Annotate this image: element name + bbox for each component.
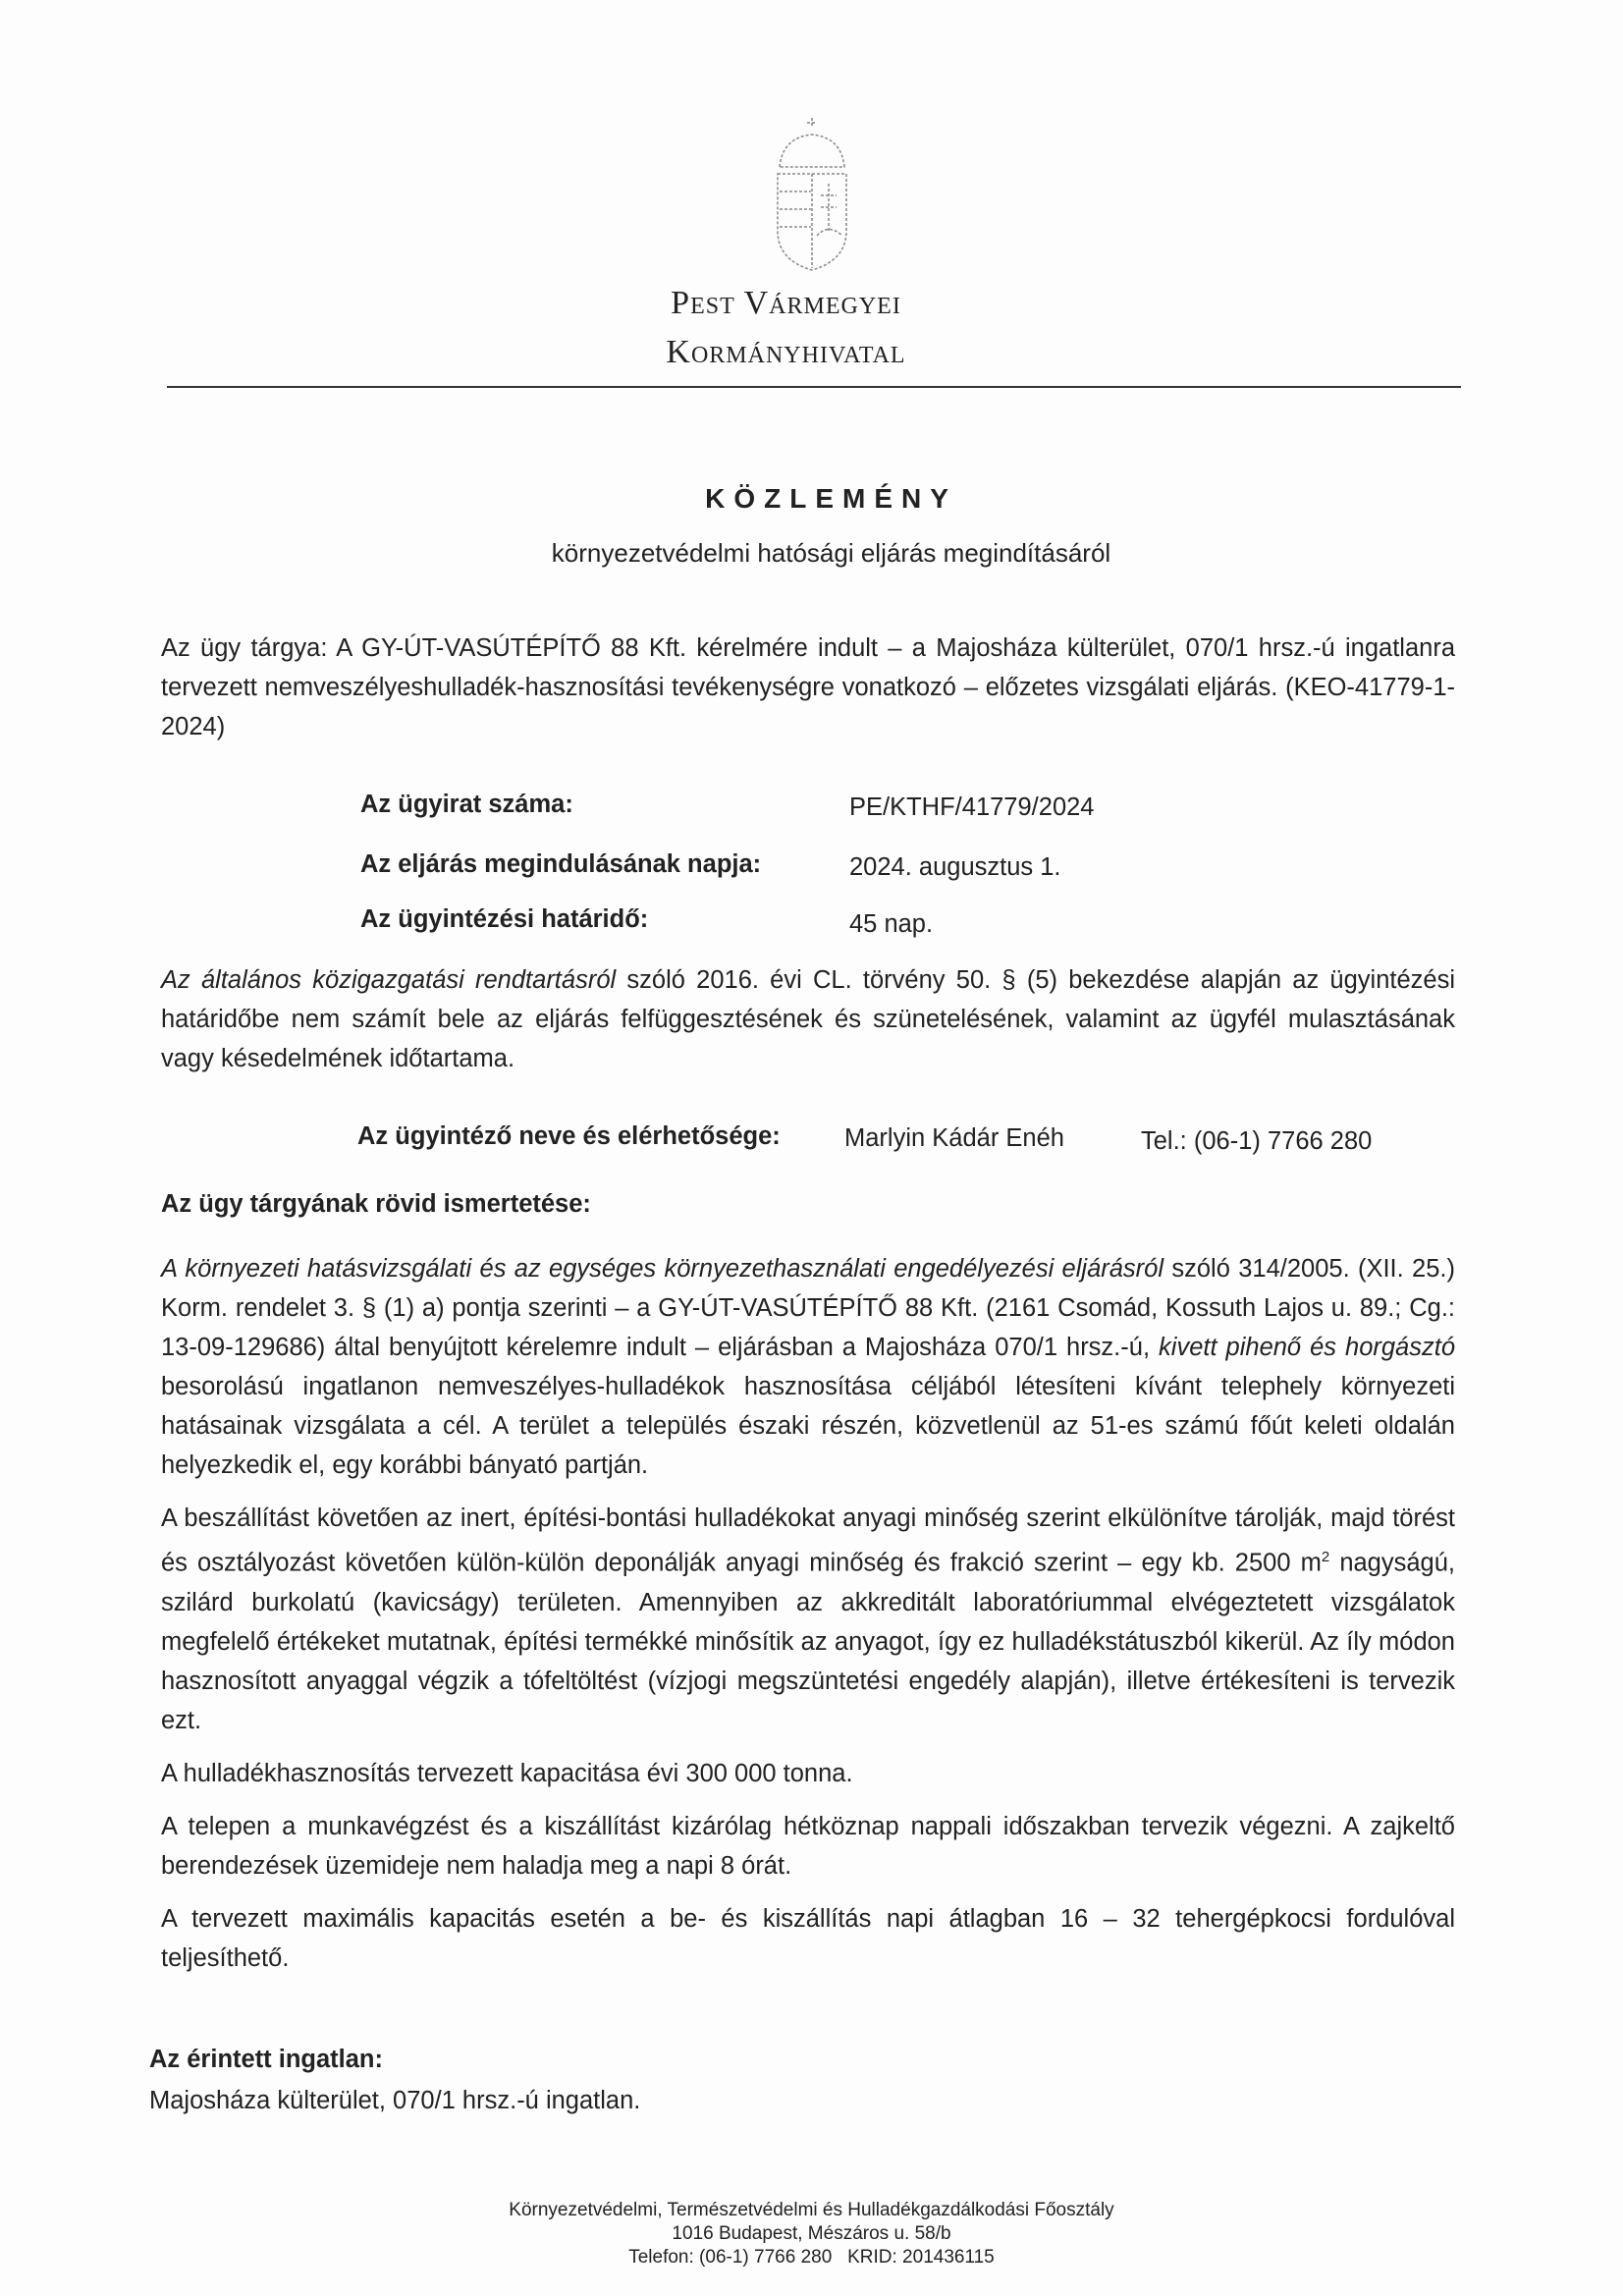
legal-note-paragraph: Az általános közigazgatási rendtartásról… [161,960,1455,1078]
contact-label: Az ügyintéző neve és elérhetősége: [357,1122,781,1151]
summary-paragraph-5: A tervezett maximális kapacitás esetén a… [161,1899,1455,1978]
summary-paragraph-4: A telepen a munkavégzést és a kiszállítá… [161,1807,1455,1886]
summary-paragraph-3: A hulladékhasznosítás tervezett kapacitá… [161,1754,1455,1793]
property-text: Majosháza külterület, 070/1 hrsz.-ú inga… [149,2087,640,2115]
org-name-line2: Kormányhivatal [0,334,1597,371]
deadline-label: Az ügyintézési határidő: [360,905,648,934]
summary-body: A környezeti hatásvizsgálati és az egysé… [161,1249,1455,1992]
property-heading: Az érintett ingatlan: [149,2046,383,2074]
contact-phone: Tel.: (06-1) 7766 280 [1141,1127,1372,1156]
document-page: Pest Vármegyei Kormányhivatal KÖZLEMÉNY … [0,0,1623,2296]
notice-title: KÖZLEMÉNY [0,483,1623,515]
start-date-label: Az eljárás megindulásának napja: [360,850,761,879]
header-divider [167,386,1461,388]
footer-address: 1016 Budapest, Mészáros u. 58/b [0,2223,1623,2245]
contact-name: Marlyin Kádár Enéh [844,1124,1064,1153]
footer-department: Környezetvédelmi, Természetvédelmi és Hu… [0,2200,1623,2221]
file-number-label: Az ügyirat száma: [360,791,573,819]
summary-paragraph-2: A beszállítást követően az inert, építés… [161,1499,1455,1740]
deadline-value: 45 nap. [849,910,933,939]
subject-paragraph: Az ügy tárgya: A GY-ÚT-VASÚTÉPÍTŐ 88 Kft… [161,629,1455,746]
file-number-value: PE/KTHF/41779/2024 [849,793,1094,822]
summary-heading: Az ügy tárgyának rövid ismertetése: [161,1190,591,1219]
org-name-line1: Pest Vármegyei [0,285,1597,322]
coat-of-arms-icon [768,113,856,275]
notice-subtitle: környezetvédelmi hatósági eljárás megind… [0,538,1623,569]
footer-contact: Telefon: (06-1) 7766 280 KRID: 201436115 [0,2247,1623,2269]
summary-paragraph-1: A környezeti hatásvizsgálati és az egysé… [161,1249,1455,1485]
start-date-value: 2024. augusztus 1. [849,853,1061,882]
